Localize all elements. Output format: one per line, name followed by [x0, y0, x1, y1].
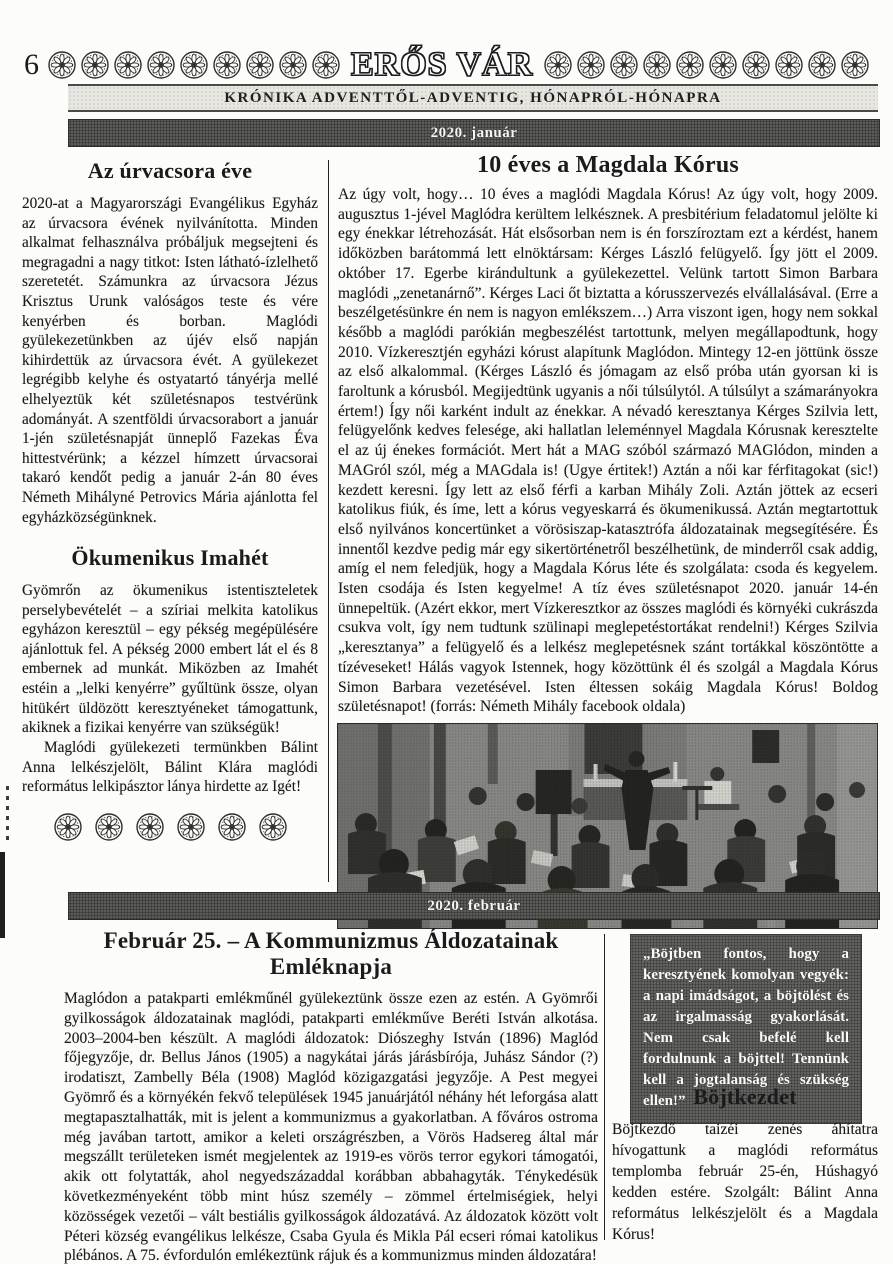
column-divider: [328, 160, 329, 882]
rosette-ornament-icon: [279, 51, 307, 79]
column-divider-bottom: [604, 934, 605, 1240]
scan-artifact-bar: [0, 852, 5, 938]
bojtkezdet-article: Böjtkezdet Böjtkezdő taizéi zenés áhítat…: [612, 1084, 878, 1245]
rosette-ornament-icon: [48, 51, 76, 79]
article-body-bojtkezdet: Böjtkezdő taizéi zenés áhítatra hívogatt…: [612, 1119, 878, 1245]
article-body-kommunizmus: Maglódon a patakparti emlékműnél gyüleke…: [64, 989, 598, 1264]
article-body-urvacsora: 2020-at a Magyarországi Evangélikus Egyh…: [22, 194, 318, 527]
january-banner: 2020. január: [68, 119, 880, 147]
rosette-ornament-icon: [841, 51, 869, 79]
rosette-ornament-icon: [147, 51, 175, 79]
page-number: 6: [24, 50, 41, 80]
rosette-ornament-icon: [218, 813, 246, 841]
rosette-ornament-icon: [577, 51, 605, 79]
rosette-ornament-icon: [676, 51, 704, 79]
article-imahet-para2: Maglódi gyülekezeti termünkben Bálint An…: [22, 738, 318, 797]
right-column: 10 éves a Magdala Kórus Az úgy volt, hog…: [338, 152, 878, 928]
page-header: 6 ERŐS VÁR: [24, 42, 880, 88]
article-title-magdala: 10 éves a Magdala Kórus: [338, 152, 878, 179]
rosette-ornament-icon: [54, 813, 82, 841]
february-article-column: Február 25. – A Kommunizmus Áldozatainak…: [64, 928, 598, 1264]
article-imahet-para1: Gyömrőn az ökumenikus istentiszteletek p…: [22, 581, 318, 738]
header-ornaments-left: [48, 51, 340, 79]
article-title-urvacsora: Az úrvacsora éve: [22, 158, 318, 184]
rosette-ornament-icon: [709, 51, 737, 79]
rosette-ornament-icon: [213, 51, 241, 79]
february-banner: 2020. február: [68, 892, 880, 920]
newsletter-page: 6 ERŐS VÁR KRÓNIKA ADVENTTŐL-ADVENTIG, H…: [0, 0, 893, 1264]
rosette-ornament-icon: [95, 813, 123, 841]
rosette-ornament-icon: [259, 813, 287, 841]
left-column: Az úrvacsora éve 2020-at a Magyarországi…: [22, 158, 318, 841]
rosette-ornament-icon: [180, 51, 208, 79]
article-title-bojtkezdet: Böjtkezdet: [612, 1084, 878, 1110]
footer-ornaments: [22, 813, 318, 841]
rosette-ornament-icon: [246, 51, 274, 79]
rosette-ornament-icon: [312, 51, 340, 79]
masthead-title: ERŐS VÁR: [347, 46, 537, 84]
rosette-ornament-icon: [81, 51, 109, 79]
rosette-ornament-icon: [136, 813, 164, 841]
article-title-kommunizmus: Február 25. – A Kommunizmus Áldozatainak…: [64, 928, 598, 980]
article-title-imahet: Ökumenikus Imahét: [22, 545, 318, 571]
kronika-banner: KRÓNIKA ADVENTTŐL-ADVENTIG, HÓNAPRÓL-HÓN…: [68, 84, 878, 112]
rosette-ornament-icon: [643, 51, 671, 79]
rosette-ornament-icon: [775, 51, 803, 79]
article-body-magdala: Az úgy volt, hogy… 10 éves a maglódi Mag…: [338, 185, 878, 717]
rosette-ornament-icon: [177, 813, 205, 841]
rosette-ornament-icon: [742, 51, 770, 79]
rosette-ornament-icon: [610, 51, 638, 79]
rosette-ornament-icon: [114, 51, 142, 79]
rosette-ornament-icon: [808, 51, 836, 79]
scan-artifact-dashes: [6, 786, 9, 846]
rosette-ornament-icon: [544, 51, 572, 79]
header-ornaments-right: [544, 51, 869, 79]
